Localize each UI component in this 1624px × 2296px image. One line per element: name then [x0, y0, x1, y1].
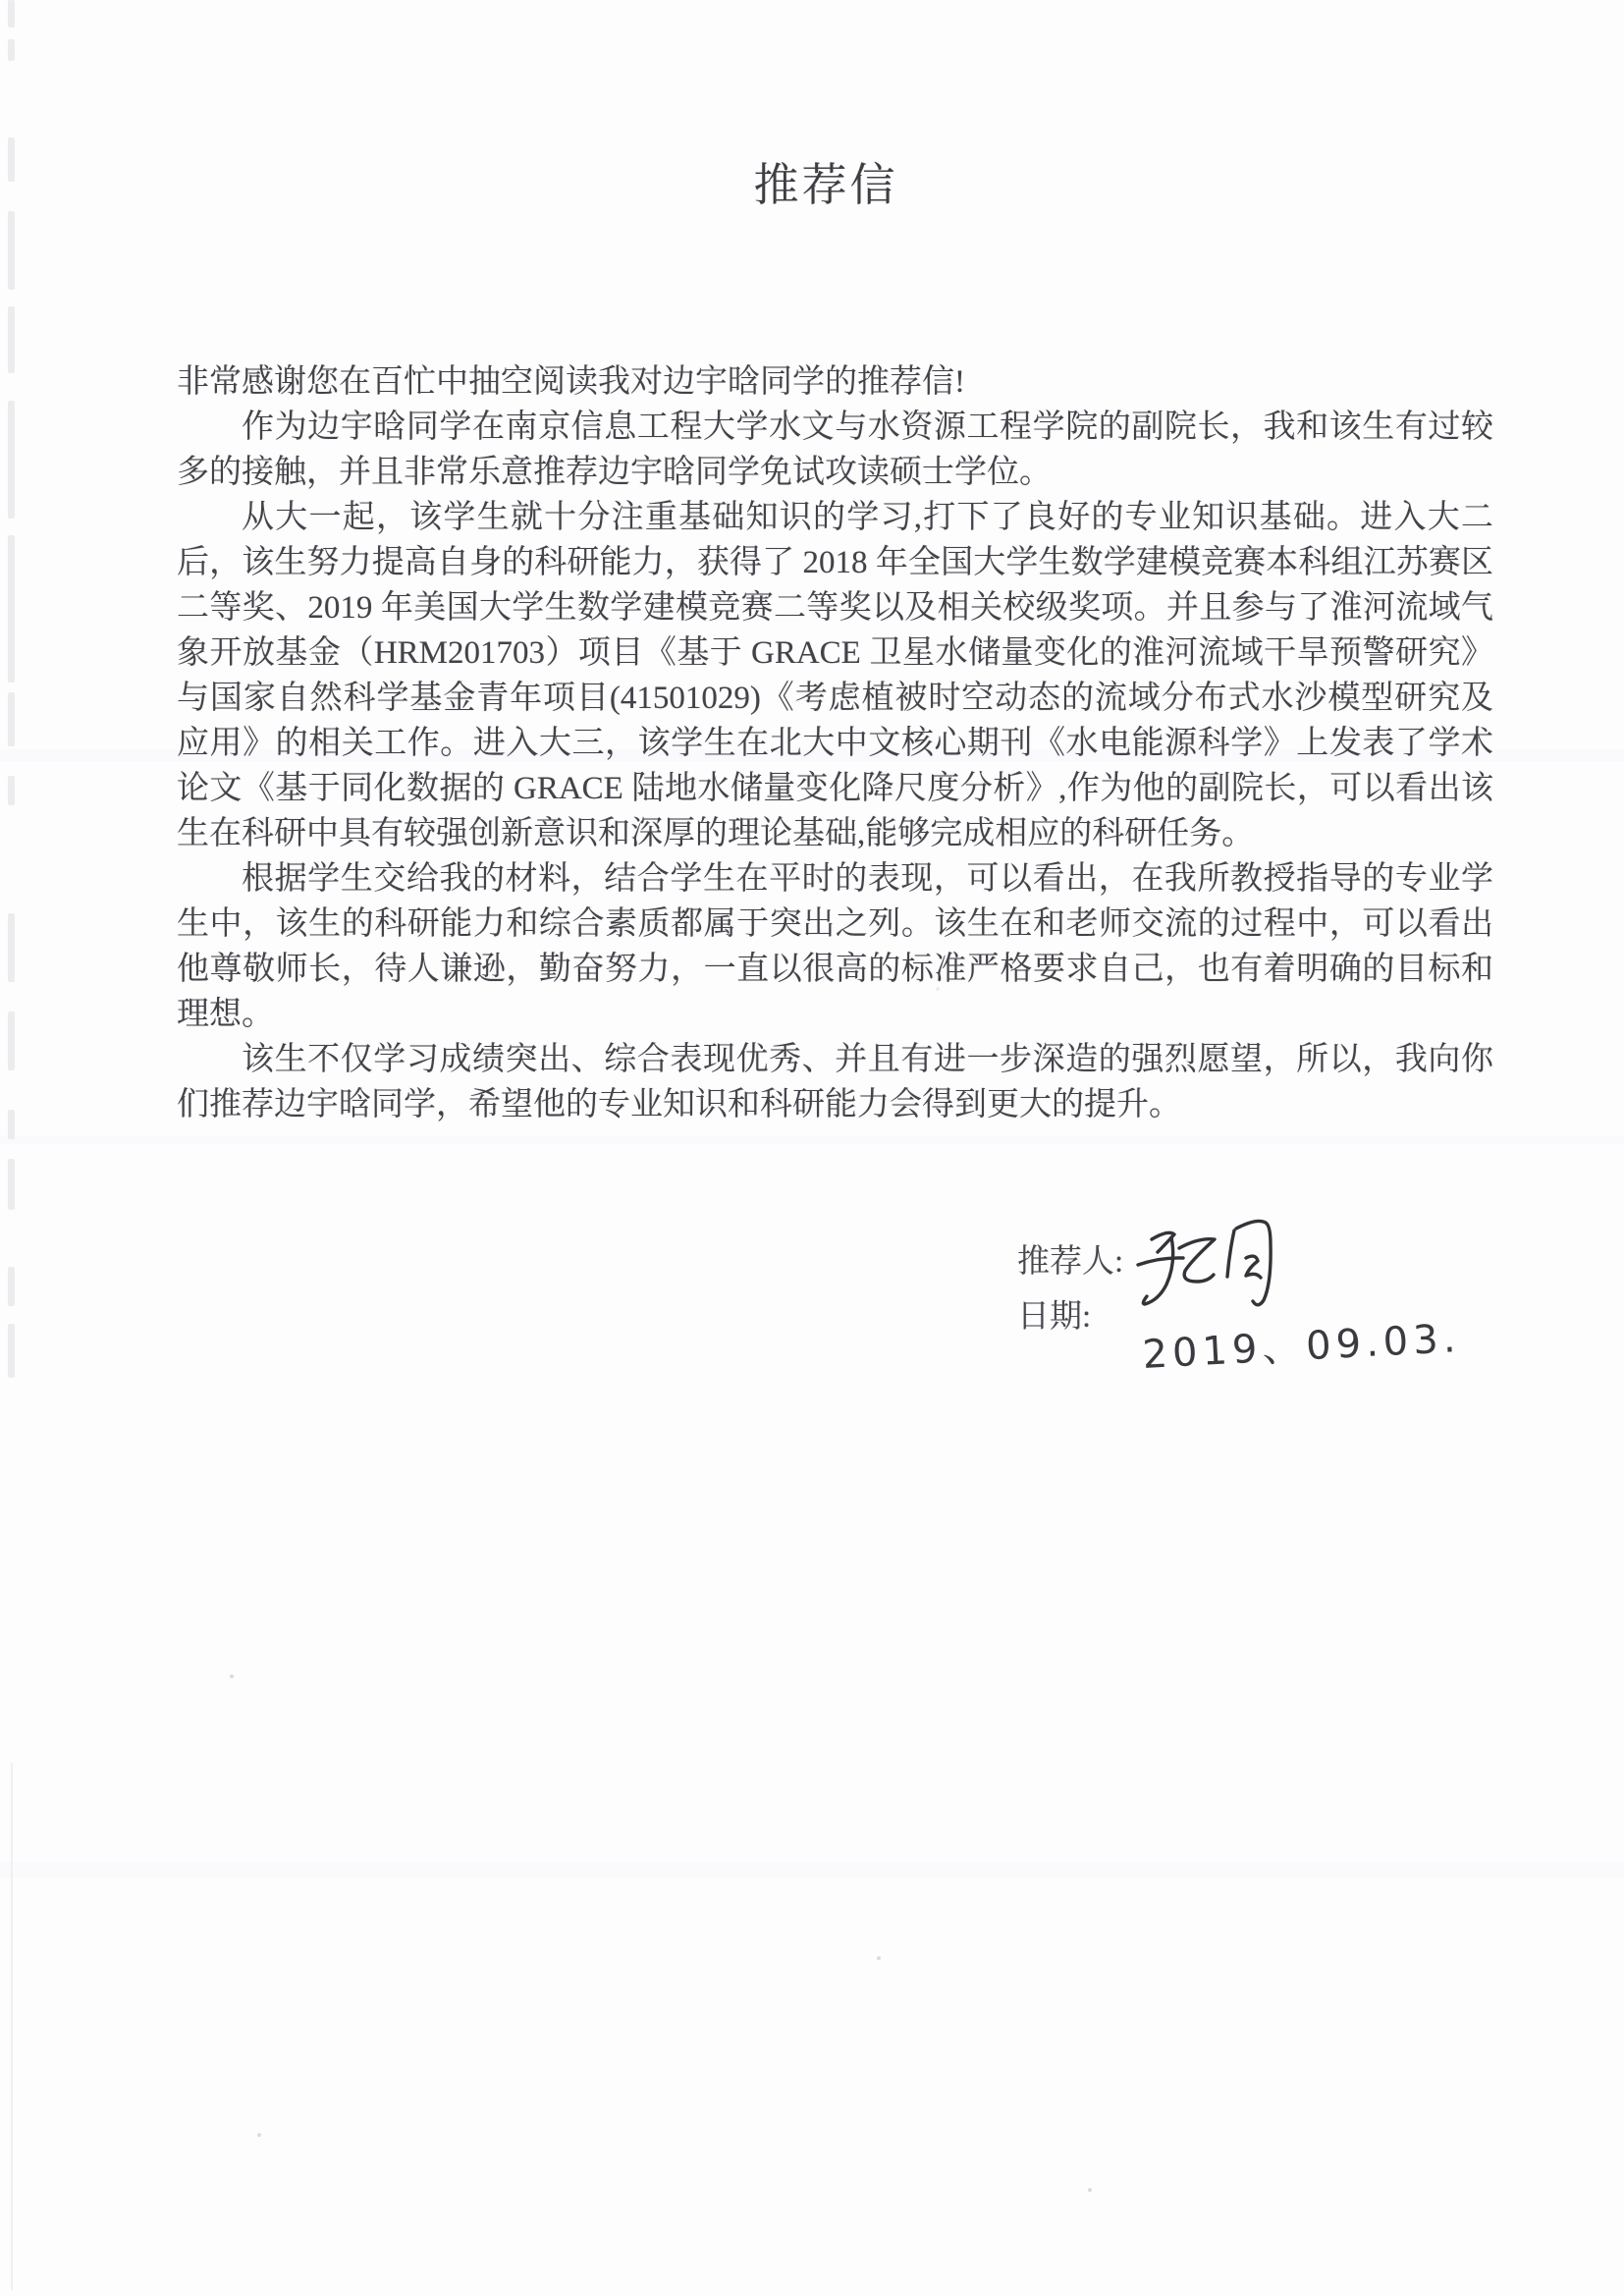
- scan-edge-artifact: [11, 1763, 13, 2290]
- date-label: 日期:: [1017, 1290, 1123, 1345]
- scan-edge-artifact: [8, 39, 15, 61]
- recommender-label: 推荐人:: [1017, 1235, 1123, 1290]
- letter-title: 推荐信: [14, 149, 1624, 214]
- scan-edge-artifact: [8, 401, 15, 519]
- scan-edge-artifact: [8, 535, 15, 683]
- scan-speck: [1088, 2188, 1092, 2192]
- scan-edge-artifact: [8, 1011, 15, 1070]
- closing-block: 推荐人: 日期:: [1017, 1235, 1123, 1345]
- scan-edge-artifact: [8, 0, 15, 27]
- scan-edge-artifact: [8, 211, 15, 290]
- letter-body: 非常感谢您在百忙中抽空阅读我对边宇晗同学的推荐信! 作为边宇晗同学在南京信息工程…: [177, 359, 1493, 1127]
- letter-paragraph: 从大一起，该学生就十分注重基础知识的学习,打下了良好的专业知识基础。进入大二后，…: [177, 495, 1493, 856]
- scan-edge-artifact: [8, 306, 15, 373]
- handwritten-signature: [1131, 1214, 1304, 1326]
- letter-paragraph: 该生不仅学习成绩突出、综合表现优秀、并且有进一步深造的强烈愿望，所以，我向你们推…: [177, 1037, 1493, 1127]
- scanned-letter-page: 推荐信 非常感谢您在百忙中抽空阅读我对边宇晗同学的推荐信! 作为边宇晗同学在南京…: [0, 0, 1624, 2296]
- scan-edge-artifact: [8, 1110, 15, 1139]
- scan-edge-artifact: [8, 1324, 15, 1378]
- scan-speck: [230, 1674, 234, 1678]
- scan-speck: [257, 2133, 261, 2137]
- scan-speck: [877, 1956, 881, 1960]
- scan-edge-artifact: [8, 1267, 15, 1306]
- letter-paragraph: 根据学生交给我的材料，结合学生在平时的表现，可以看出，在我所教授指导的专业学生中…: [177, 856, 1493, 1037]
- scan-edge-artifact: [8, 1159, 15, 1210]
- scan-streak: [0, 1862, 1624, 1878]
- letter-paragraph: 作为边宇晗同学在南京信息工程大学水文与水资源工程学院的副院长，我和该生有过较多的…: [177, 405, 1493, 495]
- scan-streak: [0, 1135, 1624, 1144]
- letter-paragraph: 非常感谢您在百忙中抽空阅读我对边宇晗同学的推荐信!: [177, 359, 1493, 405]
- scan-edge-artifact: [8, 776, 15, 805]
- scan-edge-artifact: [8, 913, 15, 982]
- scan-edge-artifact: [8, 692, 15, 746]
